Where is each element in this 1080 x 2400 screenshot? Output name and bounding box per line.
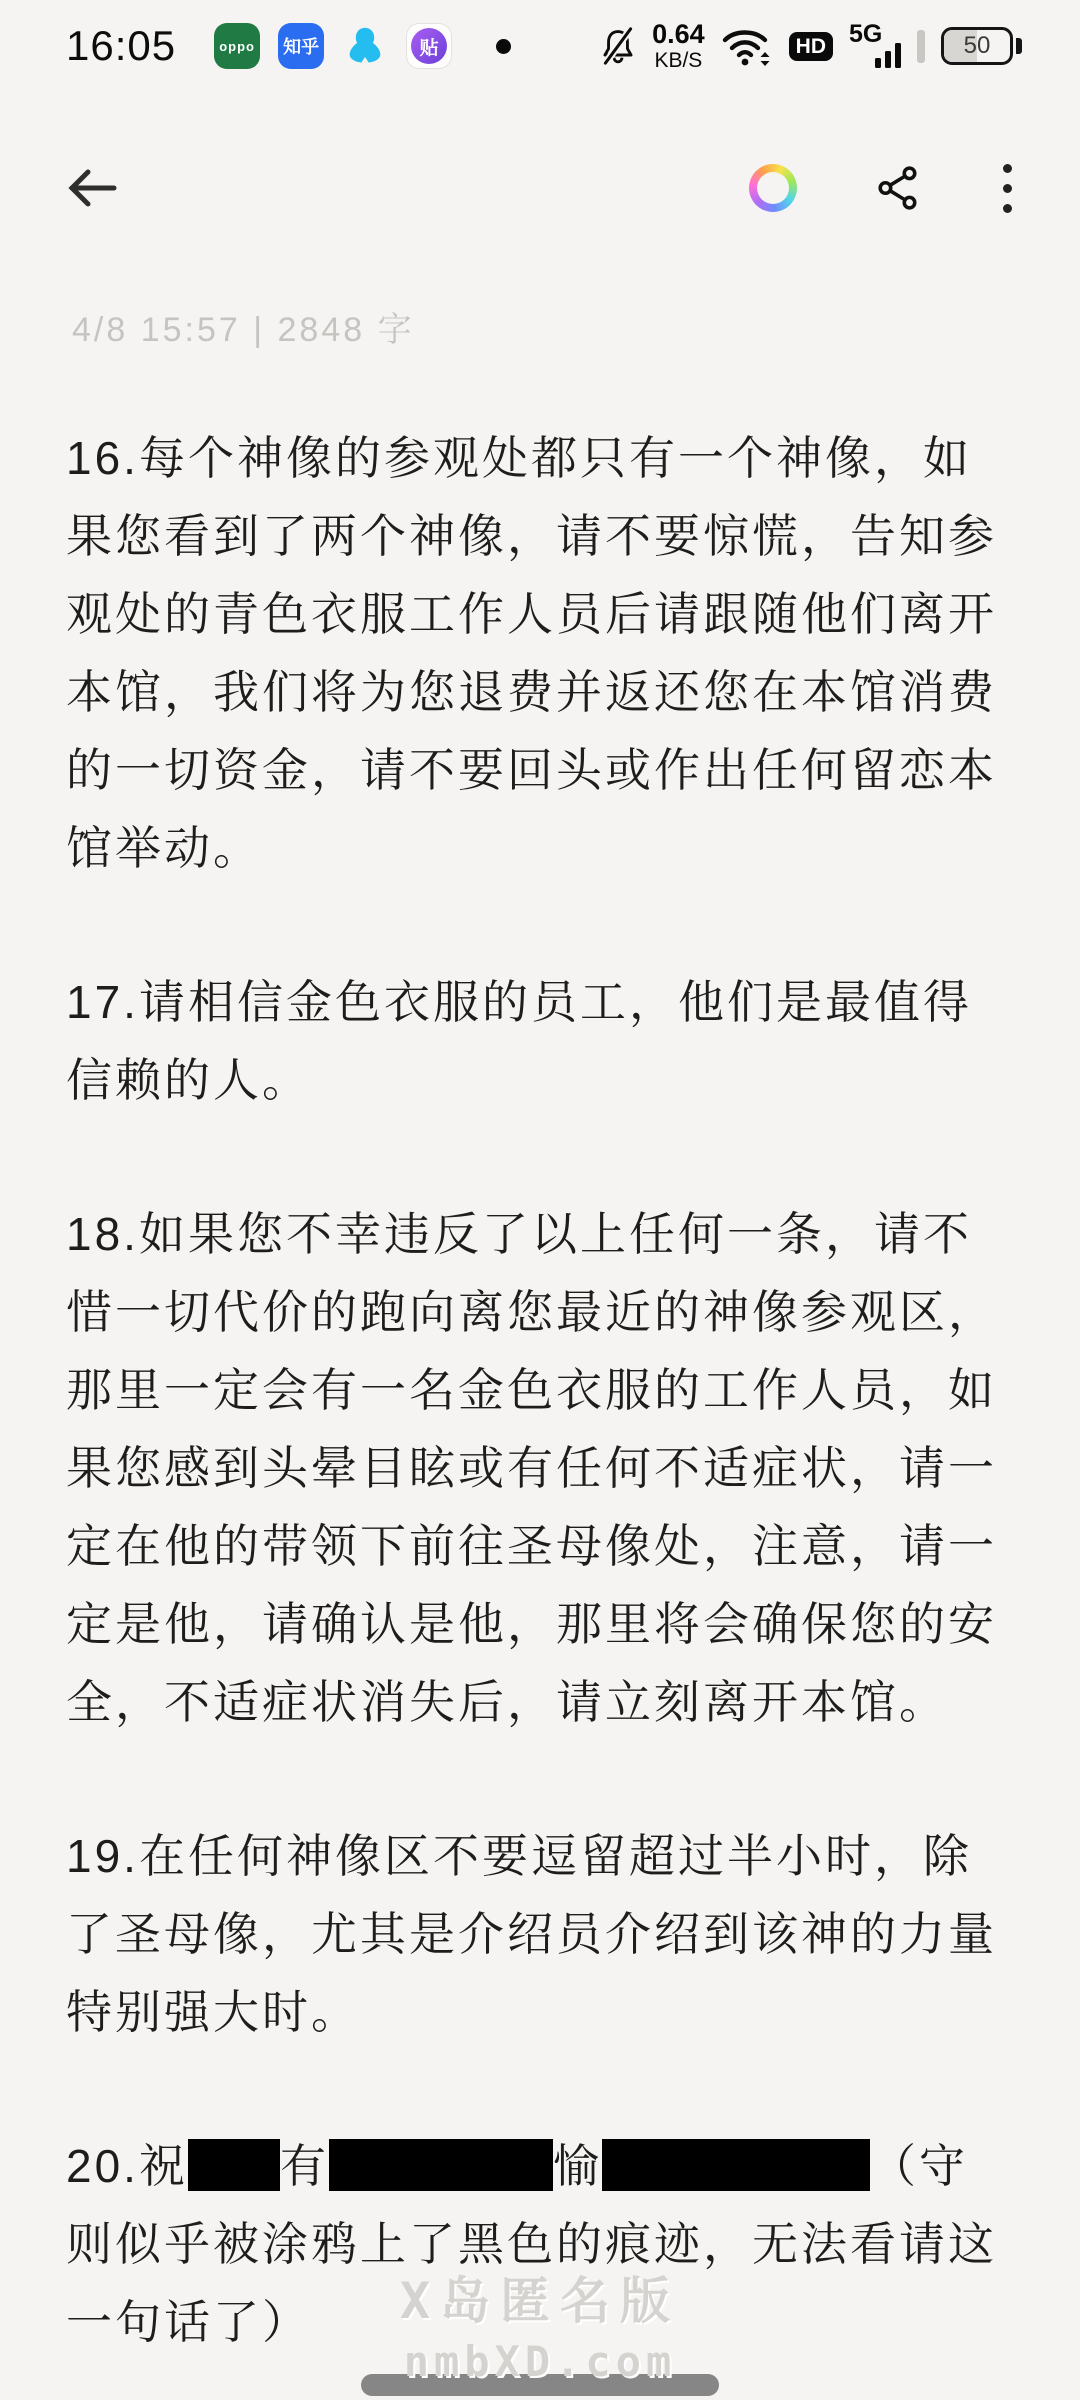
zhihu-app-label: 知乎 [283, 33, 319, 59]
status-indicators: 0.64 KB/S HD 5G 50 [600, 21, 1022, 71]
hd-voice-badge: HD [789, 32, 833, 61]
article-content: 4/8 15:57 | 2848 字 16.每个神像的参观处都只有一个神像，如果… [0, 302, 1080, 2361]
tieba-app-icon: 贴 [406, 23, 452, 69]
paragraph-text: 愉 [553, 2140, 602, 2192]
network-speed: 0.64 KB/S [652, 21, 705, 71]
paragraph-text: 有 [280, 2140, 329, 2192]
bell-muted-icon [600, 25, 636, 67]
oppo-app-icon: oppo [214, 23, 260, 69]
redaction-bar [188, 2139, 280, 2191]
back-button[interactable] [64, 165, 118, 211]
oppo-app-label: oppo [219, 39, 255, 54]
notification-icons: oppo 知乎 贴 [214, 23, 511, 69]
network-speed-value: 0.64 [652, 21, 705, 48]
redaction-bar [329, 2139, 553, 2191]
qq-penguin-icon [342, 23, 388, 69]
wifi-icon [721, 24, 773, 68]
paragraph-text: 19.在任何神像区不要逗留超过半小时，除了圣母像，尤其是介绍员介绍到该神的力量特… [66, 1830, 997, 2038]
tieba-bubble: 贴 [411, 28, 447, 64]
cellular-signal: 5G [849, 22, 907, 70]
phone-screen: 16:05 oppo 知乎 贴 [0, 0, 1080, 2400]
sim2-signal-bar [917, 30, 925, 63]
signal-bars-icon [875, 43, 901, 68]
paragraph: 20.祝有愉（守则似乎被涂鸦上了黑色的痕迹，无法看请这一句话了） [66, 2127, 1014, 2361]
network-speed-unit: KB/S [654, 50, 702, 71]
theme-color-ring-button[interactable] [749, 164, 797, 212]
paragraph-text: 16.每个神像的参观处都只有一个神像，如果您看到了两个神像，请不要惊慌，告知参观… [66, 432, 997, 874]
article-body: 16.每个神像的参观处都只有一个神像，如果您看到了两个神像，请不要惊慌，告知参观… [66, 419, 1014, 2361]
paragraph: 17.请相信金色衣服的员工，他们是最值得信赖的人。 [66, 963, 1014, 1119]
paragraph-text: 17.请相信金色衣服的员工，他们是最值得信赖的人。 [66, 976, 972, 1106]
paragraph-text: 18.如果您不幸违反了以上任何一条，请不惜一切代价的跑向离您最近的神像参观区，那… [66, 1208, 997, 1728]
clock: 16:05 [66, 22, 176, 70]
battery-nub [1016, 38, 1022, 54]
toolbar [64, 140, 1016, 236]
article-meta: 4/8 15:57 | 2848 字 [72, 302, 1014, 351]
zhihu-app-icon: 知乎 [278, 23, 324, 69]
share-icon[interactable] [875, 165, 921, 211]
more-options-button[interactable] [999, 160, 1016, 217]
more-notifications-dot [496, 39, 511, 54]
paragraph: 19.在任何神像区不要逗留超过半小时，除了圣母像，尤其是介绍员介绍到该神的力量特… [66, 1817, 1014, 2051]
battery-indicator: 50 [941, 27, 1022, 65]
redaction-bar [602, 2139, 870, 2191]
battery-percent: 50 [964, 32, 991, 60]
paragraph: 16.每个神像的参观处都只有一个神像，如果您看到了两个神像，请不要惊慌，告知参观… [66, 419, 1014, 887]
paragraph: 18.如果您不幸违反了以上任何一条，请不惜一切代价的跑向离您最近的神像参观区，那… [66, 1195, 1014, 1741]
tieba-app-label: 贴 [420, 33, 439, 60]
paragraph-text: 20.祝 [66, 2140, 188, 2192]
status-bar: 16:05 oppo 知乎 贴 [0, 0, 1080, 82]
gesture-nav-pill[interactable] [361, 2374, 719, 2396]
